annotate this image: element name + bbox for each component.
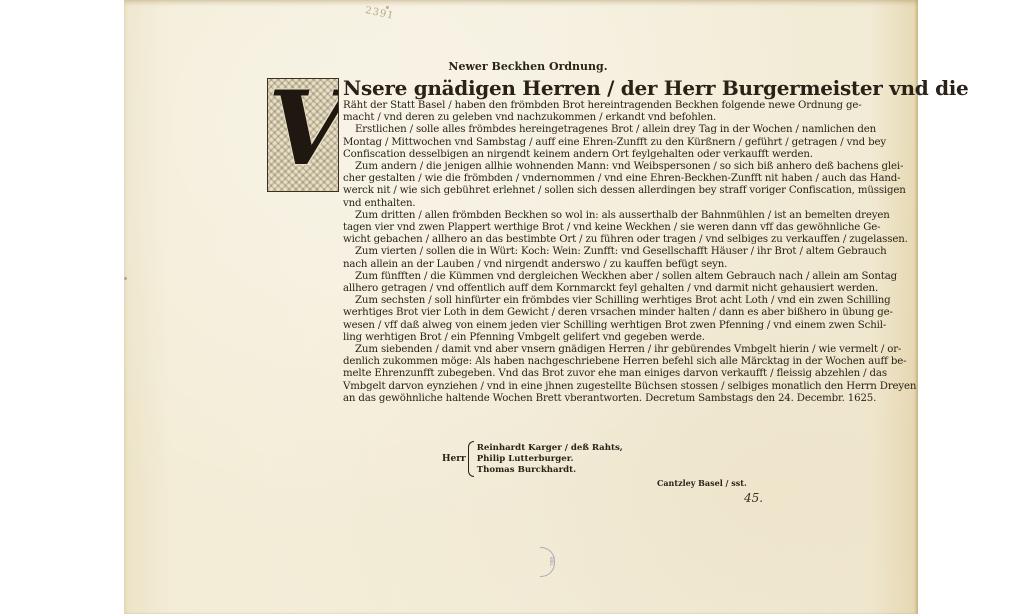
initial-letter: V	[268, 78, 338, 185]
text-line: werck nit / wie sich gebühret erlehnet /…	[343, 185, 968, 197]
text-line: wicht gebachen / allhero an das bestimbt…	[343, 234, 968, 246]
text-line: wesen / vff daß alweg von einem jeden vi…	[343, 320, 968, 332]
text-line: Zum siebenden / damit vnd aber vnsern gn…	[343, 344, 968, 356]
inventory-mark: 2391	[364, 5, 395, 22]
text-line: allhero getragen / vnd offentlich auff d…	[343, 283, 968, 295]
paragraph-6: Zum sechsten / soll hinfürter ein frömbd…	[343, 295, 968, 344]
text-line: ling werhtigen Brot / ein Pfenning Vmbge…	[343, 332, 968, 344]
text-line: Erstlichen / solle alles frömbdes herein…	[343, 124, 968, 136]
signature-prefix: Herr	[442, 454, 466, 464]
paper-stain	[386, 6, 389, 9]
text-line: tagen vier vnd zwen Plappert werthige Br…	[343, 222, 968, 234]
text-line: nach allein an der Lauben / vnd nirgendt…	[343, 259, 968, 271]
paragraph-1: Erstlichen / solle alles frömbdes herein…	[343, 124, 968, 161]
paragraph-5: Zum fünfften / die Kümmen vnd dergleiche…	[343, 271, 968, 295]
title-line: Nsere gnädigen Herren / der Herr Burgerm…	[343, 76, 968, 100]
text-line: Zum fünfften / die Kümmen vnd dergleiche…	[343, 271, 968, 283]
folio-number: 45.	[744, 491, 763, 505]
chancery-mark: Cantzley Basel / sst.	[657, 478, 747, 488]
decorated-initial: V	[267, 78, 339, 192]
text-line: Vmbgelt darvon eynziehen / vnd in eine j…	[343, 381, 968, 393]
text-line: Zum andern / die jenigen allhie wohnende…	[343, 161, 968, 173]
ordinance-text: Newer Beckhen Ordnung. V Nsere gnädigen …	[267, 60, 769, 405]
signature-names: Reinhardt Karger / deß Rahts, Philip Lut…	[477, 443, 623, 476]
paragraph-3: Zum dritten / allen frömbden Beckhen so …	[343, 210, 968, 247]
document-heading: Newer Beckhen Ordnung.	[287, 60, 769, 76]
paragraph-4: Zum vierten / sollen die in Würt: Koch: …	[343, 246, 968, 270]
text-line: Montag / Mittwochen vnd Sambstag / auff …	[343, 137, 968, 149]
text-line: cher gestalten / wie die frömbden / vnde…	[343, 173, 968, 185]
text-line: Confiscation desselbigen an nirgendt kei…	[343, 149, 968, 161]
text-line: Zum sechsten / soll hinfürter ein frömbd…	[343, 295, 968, 307]
brace-icon	[468, 441, 474, 477]
signature-block: Herr Reinhardt Karger / deß Rahts, Phili…	[442, 441, 623, 477]
signatory: Reinhardt Karger / deß Rahts,	[477, 443, 623, 454]
text-line: vnd enthalten.	[343, 198, 968, 210]
paragraph-2: Zum andern / die jenigen allhie wohnende…	[343, 161, 968, 210]
opening-section: V Nsere gnädigen Herren / der Herr Burge…	[267, 76, 769, 405]
text-line: werhtiges Brot vier Loth in dem Gewicht …	[343, 307, 968, 319]
text-line: melte Ehrenzunfft zubegeben. Vnd das Bro…	[343, 368, 968, 380]
opening-text: Nsere gnädigen Herren / der Herr Burgerm…	[343, 76, 968, 405]
document-sheet: 2391 Newer Beckhen Ordnung. V Nsere gnäd…	[124, 0, 918, 614]
text-line: an das gewöhnliche haltende Wochen Brett…	[343, 393, 968, 405]
text-line: Zum dritten / allen frömbden Beckhen so …	[343, 210, 968, 222]
text-line: denlich zukommen möge: Als haben nachges…	[343, 356, 968, 368]
paragraph-7: Zum siebenden / damit vnd aber vnsern gn…	[343, 344, 968, 405]
paper-stain	[124, 277, 127, 280]
text-line: Räht der Statt Basel / haben den frömbde…	[343, 100, 968, 112]
signatory: Philip Lutterburger.	[477, 454, 623, 465]
text-line: Zum vierten / sollen die in Würt: Koch: …	[343, 246, 968, 258]
signatory: Thomas Burckhardt.	[477, 465, 623, 476]
library-stamp-icon: BIBL.	[540, 547, 555, 577]
text-line: macht / vnd deren zu geleben vnd nachzuk…	[343, 112, 968, 124]
image-viewer: 2391 Newer Beckhen Ordnung. V Nsere gnäd…	[0, 0, 1024, 614]
